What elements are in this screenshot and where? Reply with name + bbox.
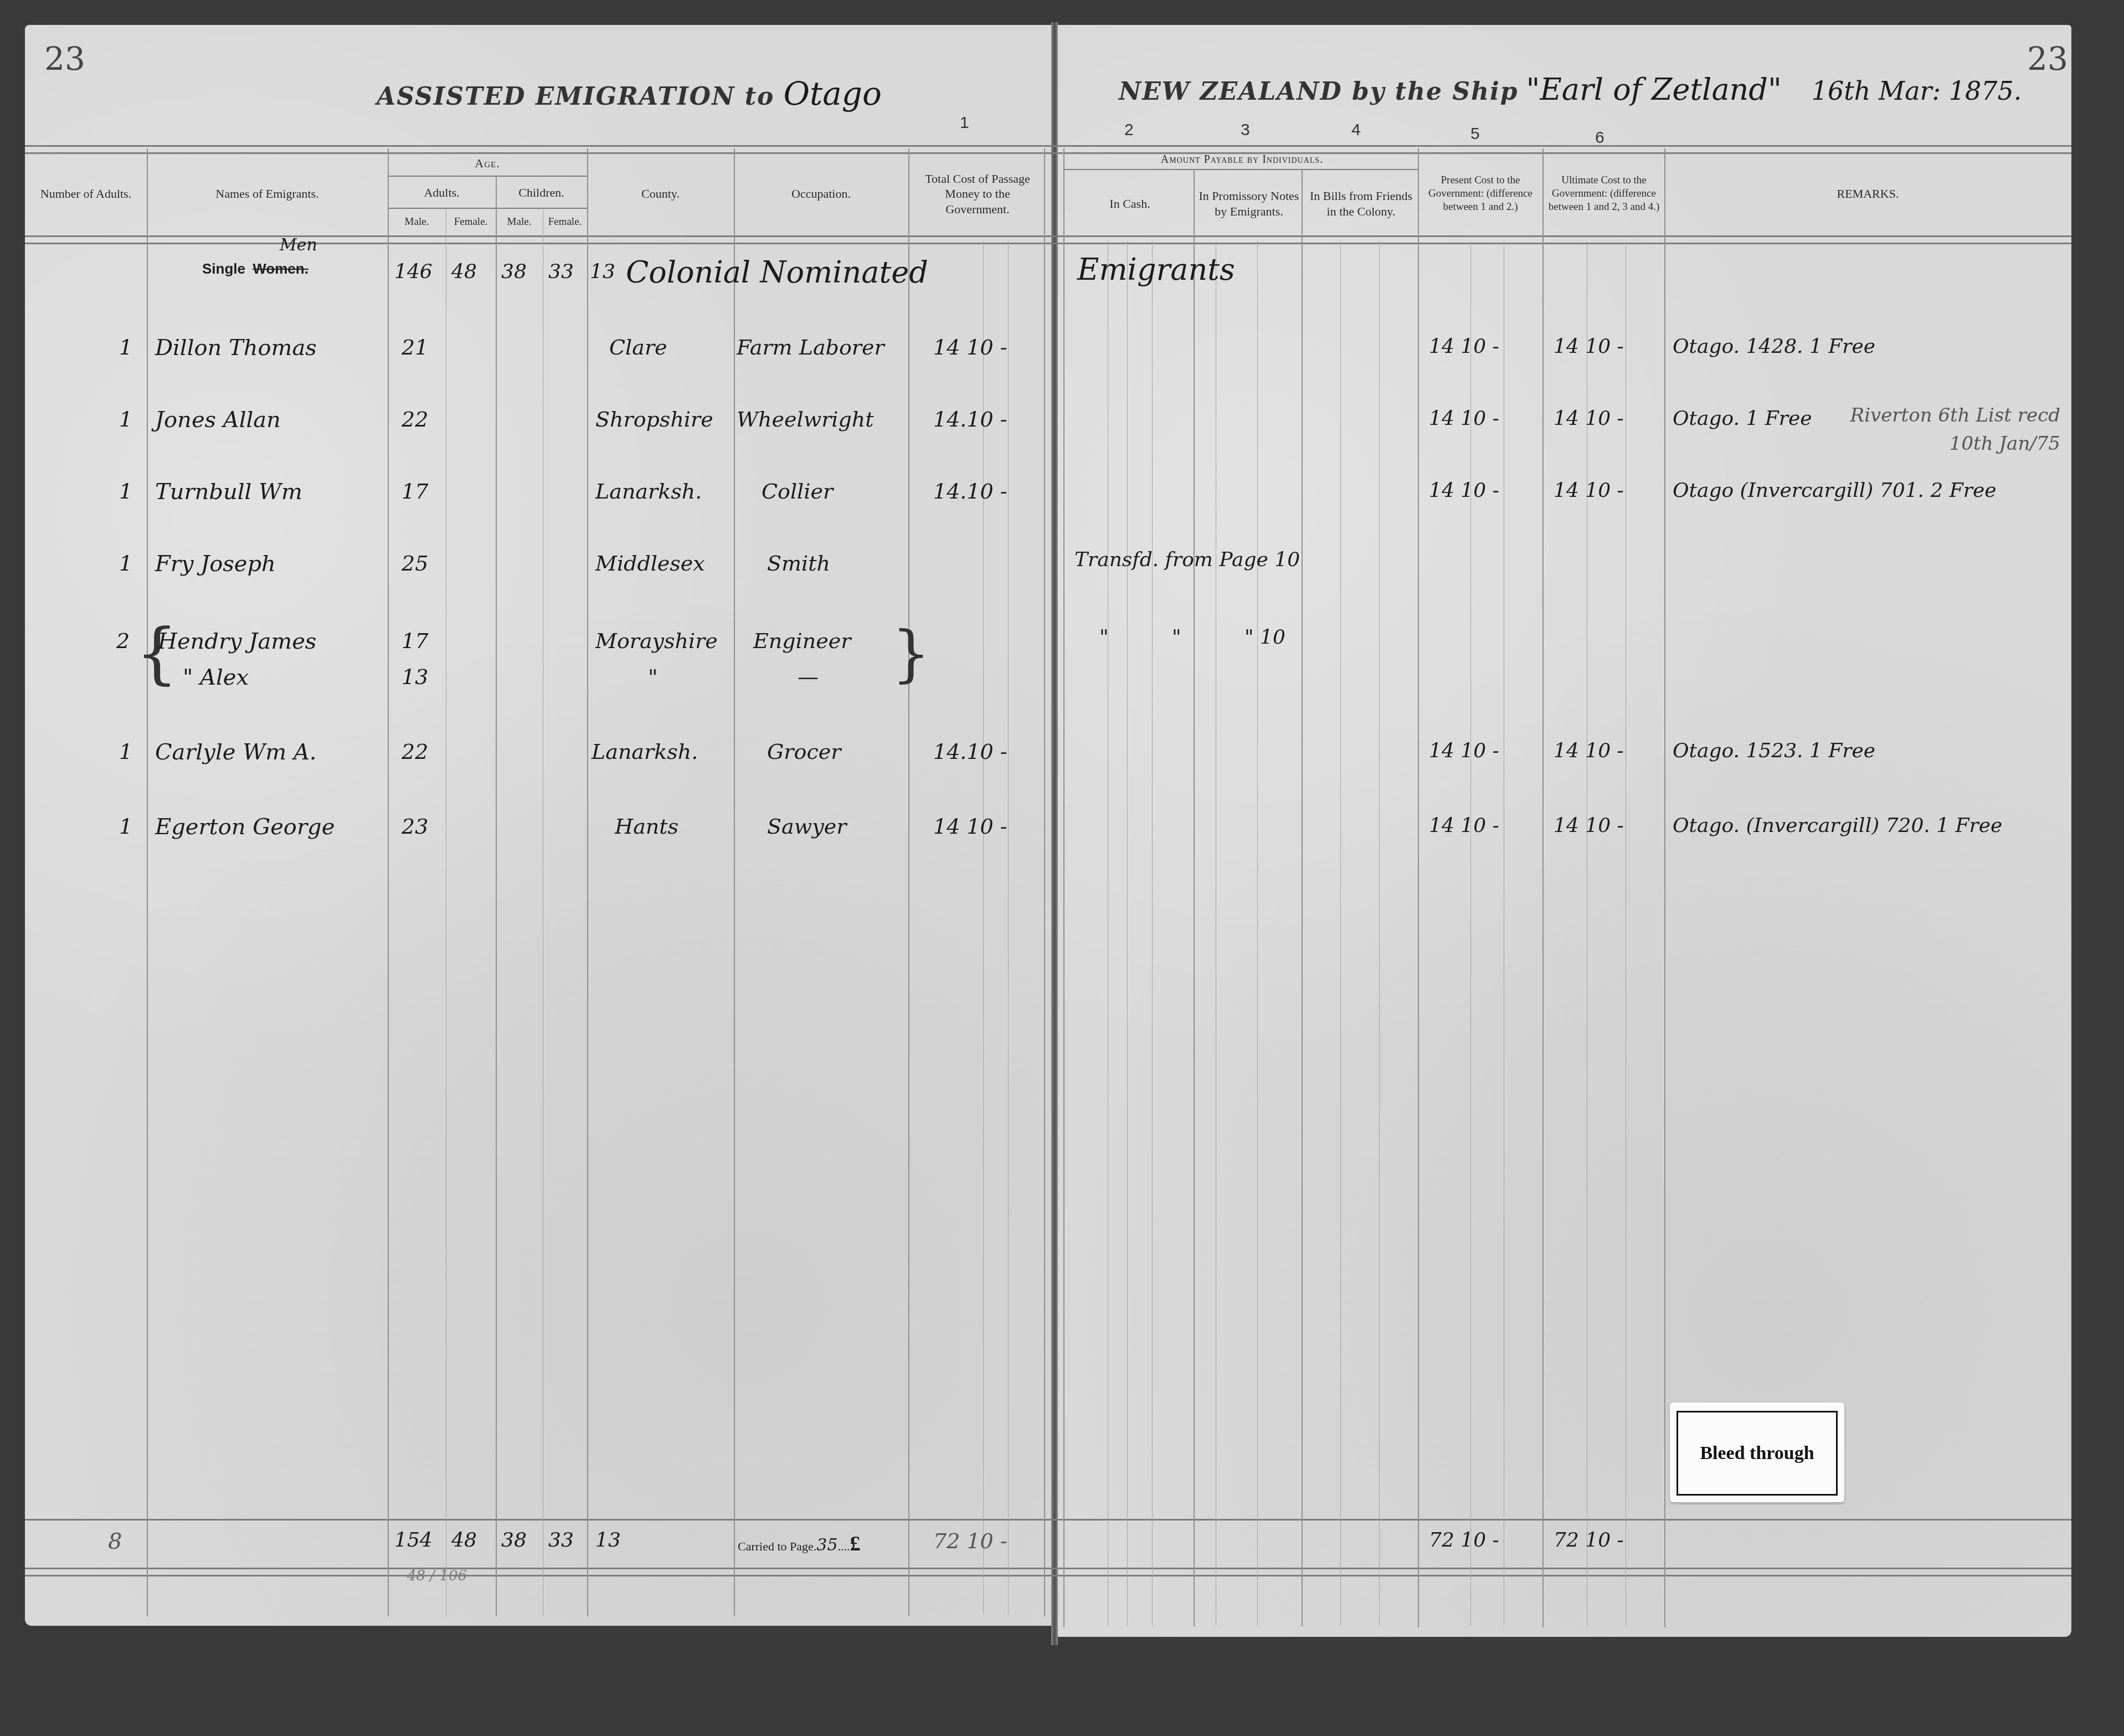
title-left: ASSISTED EMIGRATION to Otago <box>377 75 882 112</box>
totals-top-rule-left <box>25 1519 1055 1521</box>
section-child-female: 33 <box>548 260 574 283</box>
col-divider <box>1044 148 1045 1616</box>
voyage-date: 16th Mar: 1875. <box>1812 76 2022 106</box>
col-divider <box>1664 148 1665 1627</box>
row-number: 1 <box>119 479 132 504</box>
remarks: Otago. (Invercargill) 720. 1 Free <box>1673 814 2002 837</box>
title-right: NEW ZEALAND by the Ship "Earl of Zetland… <box>1119 72 2022 107</box>
col-divider <box>587 148 588 1616</box>
payment-note: Transfd. from Page 10 <box>1074 548 1300 571</box>
total-adult-female: 48 <box>451 1529 477 1552</box>
header-promissory: In Promissory Notes by Emigrants. <box>1196 172 1302 235</box>
header-child-male: Male. <box>496 209 543 234</box>
group-bracket-right-icon: } <box>892 623 930 684</box>
amount-payable-rule <box>1063 169 1418 170</box>
totals-bottom-rule-right <box>1055 1568 2071 1576</box>
subcol-divider <box>1257 241 1258 1626</box>
header-children: Children. <box>496 177 587 208</box>
total-cost: 14 10 - <box>933 814 1007 839</box>
col-divider <box>543 209 543 1616</box>
county-sub: " <box>648 665 657 689</box>
header-occupation: Occupation. <box>734 152 908 235</box>
col-divider <box>908 148 909 1616</box>
emigrant-name: Dillon Thomas <box>155 335 317 361</box>
remarks: Otago (Invercargill) 701. 2 Free <box>1673 479 1997 502</box>
section-county-count: 13 <box>590 260 615 283</box>
present-cost: 14 10 - <box>1429 739 1499 762</box>
totals-bottom-rule-left <box>25 1568 1055 1576</box>
header-adult-female: Female. <box>446 209 496 234</box>
header-bottom-rule-right <box>1055 235 2071 244</box>
section-label-struck: Women. <box>253 260 308 277</box>
section-adult-female: 48 <box>451 260 477 283</box>
remarks-annotation: Riverton 6th List recd 10th Jan/75 <box>1828 402 2060 458</box>
totals-top-rule-right <box>1055 1519 2071 1521</box>
subcol-divider <box>1340 241 1341 1626</box>
title-left-printed: ASSISTED EMIGRATION to <box>377 83 774 111</box>
remarks: Otago. 1523. 1 Free <box>1673 739 1875 762</box>
shillings-divider <box>983 241 984 1615</box>
total-cost: 14.10 - <box>933 739 1007 764</box>
page-number-right: 23 <box>2027 40 2068 78</box>
subcol-divider <box>1127 241 1128 1626</box>
header-adults: Adults. <box>388 177 496 208</box>
remarks: Otago. 1 Free <box>1673 407 1812 430</box>
header-bills: In Bills from Friends in the Colony. <box>1304 172 1418 235</box>
header-amount-payable: Amount Payable by Individuals. <box>1066 151 1418 168</box>
subcol-divider <box>1152 241 1153 1626</box>
age-subheader-rule <box>388 176 587 177</box>
emigrant-name: Fry Joseph <box>155 551 276 577</box>
header-bottom-rule-left <box>25 235 1055 244</box>
total-county-count: 13 <box>595 1529 621 1552</box>
total-adult-male: 154 <box>394 1529 433 1552</box>
row-number: 1 <box>119 335 132 359</box>
age-adult-male: 25 <box>402 551 428 576</box>
age-adult-male: 17 <box>402 479 428 504</box>
col-divider <box>1063 148 1064 1627</box>
subcol-divider <box>1108 241 1108 1626</box>
pound-sign-icon: £ <box>850 1532 861 1555</box>
header-remarks: REMARKS. <box>1664 152 2071 235</box>
section-note-left: Colonial Nominated <box>626 255 928 290</box>
col-divider <box>496 176 497 1616</box>
header-in-cash: In Cash. <box>1066 172 1194 235</box>
column-number-4: 4 <box>1351 121 1361 140</box>
county: Shropshire <box>595 407 713 432</box>
subcol-divider <box>1379 241 1380 1626</box>
column-number-5: 5 <box>1470 125 1480 143</box>
header-ultimate-cost: Ultimate Cost to the Government: (differ… <box>1544 152 1664 235</box>
total-cost: 14.10 - <box>933 479 1007 504</box>
total-cost-sum: 72 10 - <box>933 1529 1007 1553</box>
subcol-divider <box>1470 241 1471 1626</box>
col-divider <box>1542 148 1544 1627</box>
emigrant-name: Egerton George <box>155 814 335 840</box>
emigrant-name: Turnbull Wm <box>155 479 302 505</box>
total-child-male: 38 <box>501 1529 527 1552</box>
col-divider <box>388 148 389 1616</box>
total-cost: 14 10 - <box>933 335 1007 359</box>
ship-name: "Earl of Zetland" <box>1526 72 1782 107</box>
subcol-divider <box>1216 241 1216 1626</box>
occupation: Farm Laborer <box>737 335 884 359</box>
carried-label: Carried to Page <box>738 1539 814 1553</box>
county: Hants <box>615 814 678 839</box>
county: Morayshire <box>595 629 718 653</box>
subcol-divider <box>1626 241 1626 1626</box>
emigrant-name: Carlyle Wm A. <box>155 739 317 765</box>
section-adult-male: 146 <box>394 260 433 283</box>
subcol-divider <box>1587 241 1587 1626</box>
row-number: 1 <box>119 814 132 839</box>
section-label-inserted: Men <box>280 235 317 255</box>
county: Lanarksh. <box>595 479 702 504</box>
age-adult-male-sub: 13 <box>402 665 428 689</box>
col-divider <box>1418 148 1419 1627</box>
pence-divider <box>1008 241 1009 1615</box>
col-divider <box>446 209 446 1616</box>
occupation-sub: — <box>798 665 819 689</box>
column-number-6: 6 <box>1595 129 1604 147</box>
payment-note: " " " 10 <box>1099 626 1285 649</box>
present-cost: 14 10 - <box>1429 814 1499 837</box>
ultimate-cost: 14 10 - <box>1554 407 1624 430</box>
bleed-through-label: Bleed through <box>1670 1403 1844 1502</box>
county: Lanarksh. <box>592 739 698 764</box>
total-cost: 14.10 - <box>933 407 1007 432</box>
header-present-cost: Present Cost to the Government: (differe… <box>1419 152 1542 235</box>
age-adult-male: 22 <box>402 407 428 432</box>
header-number-of-adults: Number of Adults. <box>25 152 147 235</box>
bleed-through-text: Bleed through <box>1676 1411 1838 1496</box>
county: Middlesex <box>595 551 705 576</box>
age-sex-rule <box>388 208 587 209</box>
ultimate-cost: 14 10 - <box>1554 335 1624 358</box>
section-label: Single Women. <box>202 260 308 278</box>
header-county: County. <box>587 152 734 235</box>
carried-to-page: Carried to Page.35....£ <box>738 1532 861 1556</box>
col-divider <box>1302 170 1303 1626</box>
carried-page-number: 35 <box>816 1535 837 1555</box>
subcol-divider <box>1504 241 1504 1626</box>
ultimate-cost: 14 10 - <box>1554 479 1624 502</box>
occupation: Grocer <box>767 739 841 764</box>
county: Clare <box>609 335 667 359</box>
total-child-female: 33 <box>548 1529 574 1552</box>
section-child-male: 38 <box>501 260 527 283</box>
row-number: 2 <box>116 629 130 653</box>
header-total-cost: Total Cost of Passage Money to the Gover… <box>914 152 1041 235</box>
emigrant-name: Hendry James <box>158 629 316 654</box>
margin-calculation: 48 / 106 <box>407 1568 467 1584</box>
page-number-left: 23 <box>44 40 85 78</box>
row-number: 1 <box>119 739 132 764</box>
present-cost: 14 10 - <box>1429 335 1499 358</box>
section-label-printed: Single <box>202 260 245 277</box>
occupation: Sawyer <box>767 814 846 839</box>
age-adult-male: 23 <box>402 814 428 839</box>
column-number-3: 3 <box>1241 121 1250 140</box>
occupation: Engineer <box>753 629 851 653</box>
emigrant-name: Jones Allan <box>155 407 281 433</box>
destination-handwritten: Otago <box>783 75 881 112</box>
occupation: Collier <box>762 479 833 504</box>
col-divider <box>734 148 735 1616</box>
total-present-cost: 72 10 - <box>1429 1529 1499 1552</box>
section-note-right: Emigrants <box>1077 252 1235 287</box>
emigrant-name-sub: " Alex <box>183 665 249 690</box>
header-child-female: Female. <box>543 209 587 234</box>
header-age: Age. <box>388 152 587 174</box>
age-adult-male: 22 <box>402 739 428 764</box>
row-number: 1 <box>119 551 132 576</box>
book-gutter <box>1051 22 1058 1645</box>
remarks: Otago. 1428. 1 Free <box>1673 335 1875 358</box>
column-number-2: 2 <box>1124 121 1134 140</box>
col-divider <box>1194 170 1195 1626</box>
row-number: 1 <box>119 407 132 432</box>
total-ultimate-cost: 72 10 - <box>1554 1529 1624 1552</box>
header-names: Names of Emigrants. <box>147 152 388 235</box>
present-cost: 14 10 - <box>1429 479 1499 502</box>
present-cost: 14 10 - <box>1429 407 1499 430</box>
age-adult-male: 17 <box>402 629 428 653</box>
col-divider <box>147 148 148 1616</box>
title-right-printed: NEW ZEALAND by the Ship <box>1119 78 1519 106</box>
occupation: Wheelwright <box>737 407 874 432</box>
age-adult-male: 21 <box>402 335 428 359</box>
column-number-1: 1 <box>960 114 969 132</box>
ultimate-cost: 14 10 - <box>1554 814 1624 837</box>
ultimate-cost: 14 10 - <box>1554 739 1624 762</box>
total-number: 8 <box>108 1529 122 1554</box>
header-adult-male: Male. <box>388 209 446 234</box>
occupation: Smith <box>767 551 830 576</box>
